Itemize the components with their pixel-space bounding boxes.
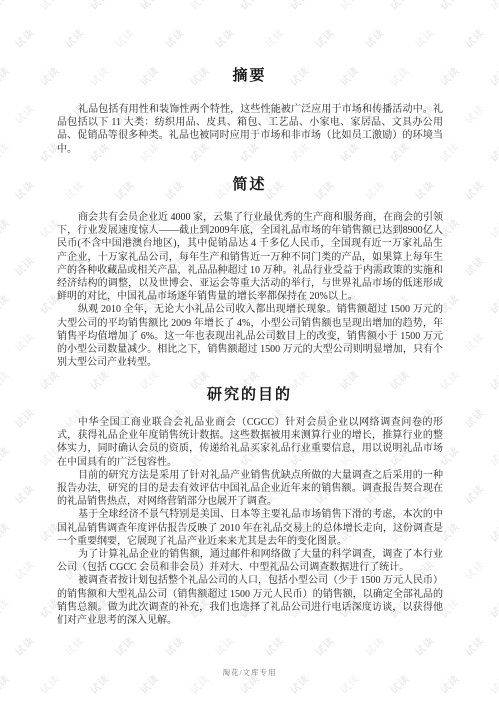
brief-section-body: 商会共有会员企业近 4000 家，云集了行业最优秀的生产商和服务商，在商会的引领… <box>57 211 443 369</box>
paragraph-abstract-1: 礼品包括有用性和装饰性两个特性，这些性能被广泛应用于市场和传播活动中。礼品包括以… <box>57 103 443 156</box>
paragraph-purpose-1: 中华全国工商业联合会礼品业商会（CGCC）针对会员企业以网络调查问卷的形式，获得… <box>57 416 443 469</box>
section-heading-abstract: 摘要 <box>0 64 499 85</box>
paragraph-purpose-2: 目前的研究方法是采用了针对礼品产业销售优缺点所做的大量调查之后采用的一种报告办法… <box>57 469 443 509</box>
paragraph-purpose-4: 为了计算礼品企业的销售额，通过邮件和网络做了大量的科学调查，调查了本行业公司（包… <box>57 548 443 574</box>
purpose-section-body: 中华全国工商业联合会礼品业商会（CGCC）针对会员企业以网络调查问卷的形式，获得… <box>57 416 443 627</box>
paragraph-purpose-3: 基于全球经济不景气特别是美国、日本等主要礼品市场销售下滑的考虑，本次的中国礼品销… <box>57 508 443 548</box>
paragraph-brief-1: 商会共有会员企业近 4000 家，云集了行业最优秀的生产商和服务商，在商会的引领… <box>57 211 443 303</box>
abstract-section-body: 礼品包括有用性和装饰性两个特性，这些性能被广泛应用于市场和传播活动中。礼品包括以… <box>57 103 443 156</box>
section-heading-purpose: 研究的目的 <box>0 383 499 404</box>
section-heading-brief: 简述 <box>0 173 499 194</box>
footer-label: 淘花/文库专用 <box>0 667 499 678</box>
paragraph-brief-2: 纵观 2010 全年，无论大小礼品公司收入都出现增长现象。销售额超过 1500 … <box>57 303 443 369</box>
paragraph-purpose-5: 被调查者按计划包括整个礼品公司的人口，包括小型公司（少于 1500 万元人民币）… <box>57 574 443 627</box>
document-content: 摘要 礼品包括有用性和装饰性两个特性，这些性能被广泛应用于市场和传播活动中。礼品… <box>0 0 499 706</box>
document-page: 试读试读试读试读试读试读试读试读试读试读试读试读试读试读试读试读试读试读试读试读… <box>0 0 499 706</box>
